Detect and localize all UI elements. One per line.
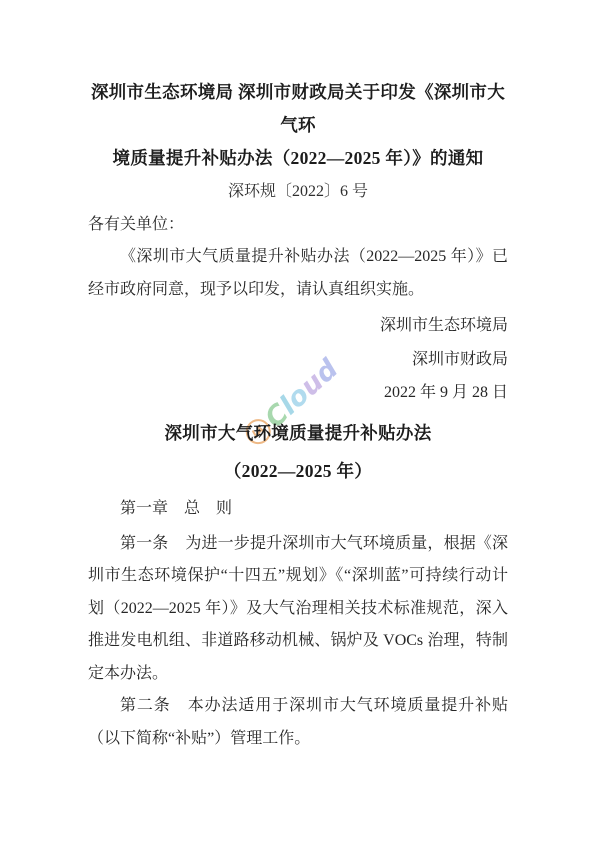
article-2: 第二条本办法适用于深圳市大气环境质量提升补贴（以下简称“补贴”）管理工作。 bbox=[88, 690, 508, 755]
article-1: 第一条为进一步提升深圳市大气环境质量，根据《深圳市生态环境保护“十四五”规划》《… bbox=[88, 528, 508, 691]
chapter-heading: 第一章 总 则 bbox=[88, 490, 508, 528]
signature-block: 深圳市生态环境局 深圳市财政局 2022 年 9 月 28 日 bbox=[88, 309, 508, 410]
article-1-label: 第一条 bbox=[120, 535, 185, 552]
article-2-label: 第二条 bbox=[120, 697, 188, 714]
notice-title-line-1: 深圳市生态环境局 深圳市财政局关于印发《深圳市大气环 bbox=[88, 76, 508, 142]
salutation: 各有关单位： bbox=[88, 208, 508, 241]
notice-title: 深圳市生态环境局 深圳市财政局关于印发《深圳市大气环 境质量提升补贴办法（202… bbox=[88, 76, 508, 175]
signature-agency-1: 深圳市生态环境局 bbox=[88, 309, 508, 343]
notice-body-paragraph: 《深圳市大气质量提升补贴办法（2022—2025 年）》已经市政府同意，现予以印… bbox=[88, 241, 508, 306]
signature-date: 2022 年 9 月 28 日 bbox=[88, 376, 508, 410]
article-1-text: 为进一步提升深圳市大气环境质量，根据《深圳市生态环境保护“十四五”规划》《“深圳… bbox=[88, 535, 508, 682]
document-page: IA Cloud 深圳市生态环境局 深圳市财政局关于印发《深圳市大气环 境质量提… bbox=[0, 0, 595, 841]
doc-number: 深环规〔2022〕6 号 bbox=[88, 175, 508, 208]
notice-title-line-2: 境质量提升补贴办法（2022—2025 年）》的通知 bbox=[88, 142, 508, 175]
measures-title: 深圳市大气环境质量提升补贴办法 （2022—2025 年） bbox=[88, 414, 508, 490]
measures-title-line-1: 深圳市大气环境质量提升补贴办法 bbox=[88, 414, 508, 452]
document-content: 深圳市生态环境局 深圳市财政局关于印发《深圳市大气环 境质量提升补贴办法（202… bbox=[88, 0, 508, 755]
measures-title-line-2: （2022—2025 年） bbox=[88, 452, 508, 490]
signature-agency-2: 深圳市财政局 bbox=[88, 343, 508, 377]
